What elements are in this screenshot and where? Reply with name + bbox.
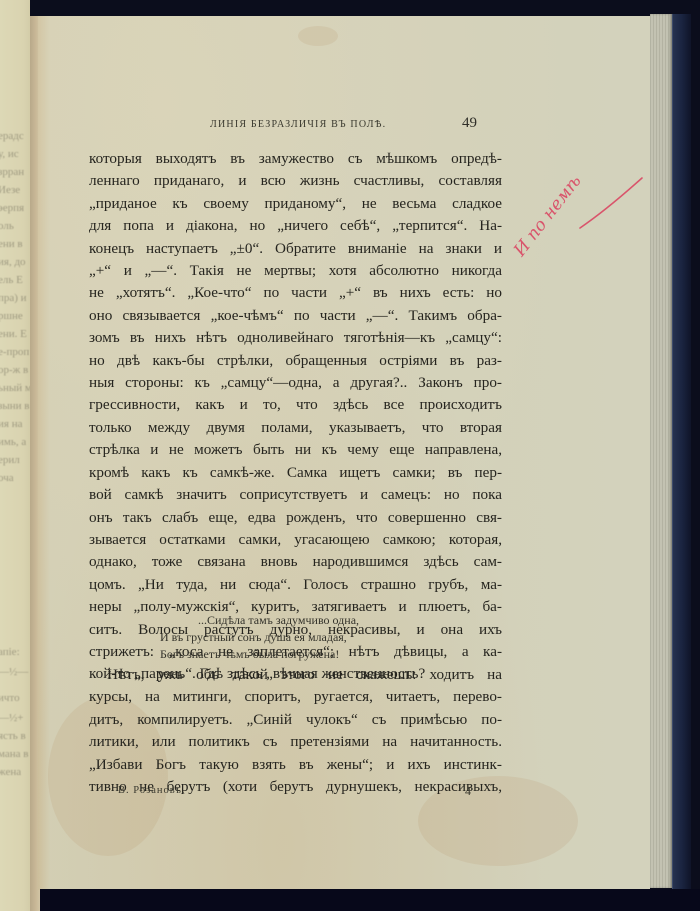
left-page-fragment: оча [0,472,14,484]
text-line: дитъ, компилируетъ. „Синій чулокъ“ съ пр… [89,709,502,731]
left-page-fragment: ршне [0,310,23,322]
left-page-fragment: —½+ [0,712,23,724]
background-bottom [40,889,700,911]
left-page-fragment: зыни в [0,400,29,412]
left-page-fragment: мана в [0,748,28,760]
left-page-fragment: ени в [0,238,23,250]
text-line: курсы, на митинги, споритъ, ругается, чи… [89,686,502,708]
left-page-fragment: ерадс [0,130,24,142]
left-page-fragment: зрран [0,166,24,178]
text-line: которыя выходятъ въ замужество съ мѣшком… [89,148,502,170]
verse-line: Богъ знаетъ чѣмъ была погружена! [160,646,359,663]
left-page-fragment: ия, до [0,256,26,268]
text-line: но двѣ какъ-бы стрѣлки, обращенныя острі… [89,350,502,372]
text-line: кромѣ какъ къ самкѣ-же. Самка ищетъ самк… [89,462,502,484]
left-page-fragment: ясть в [0,730,26,742]
left-page-fragment: Иезе [0,184,20,196]
background-top [30,0,700,16]
text-line: только между двумя полами, указываетъ, ч… [89,417,502,439]
verse-line: ...Сидѣла тамъ задумчиво одна, [160,612,359,629]
text-line: зомъ въ нихъ нѣтъ одноливейнаго тяготѣні… [89,327,502,349]
text-line: для попа и діакона, но „ничего себѣ“, „т… [89,215,502,237]
verse-line: И въ грустный сонъ душа ея младая, [160,629,359,646]
text-line: цомъ. „Ни туда, ни сюда“. Голосъ страшно… [89,574,502,596]
running-head: ЛИНІЯ БЕЗРАЗЛИЧІЯ ВЪ ПОЛѢ. [210,119,386,130]
left-page-fragment: жена [0,766,21,778]
page-block-edge [650,14,672,888]
book-cover-binding [672,14,691,894]
text-line: стрѣлка и не можетъ быть ни къ чему еще … [89,439,502,461]
text-line: однако, тоже связана вновь народившимся … [89,551,502,573]
text-line: конецъ наступаетъ „±0“. Обратите внимані… [89,238,502,260]
text-line: грессивности, какъ и то, что здѣсь все п… [89,394,502,416]
left-page-fragment: ерил [0,454,20,466]
text-line: „приданое къ своему приданому“, не весьм… [89,193,502,215]
left-page-fragment: ия на [0,418,22,430]
left-page-fragment: пра) и [0,292,27,304]
left-page-fragment: ьный м [0,382,32,394]
page-number: 49 [462,115,477,132]
text-line: Нѣтъ, ужъ объ такой этого не скажешь: хо… [89,664,502,686]
left-page-fragment: ель Е [0,274,23,286]
left-page-fragment: эерпя [0,202,24,214]
left-page-fragment: ичто [0,692,20,704]
text-line: оно связывается „кое-чѣмъ“ по части „—“.… [89,305,502,327]
text-line: вой самкѣ значитъ соприсутствуетъ и саме… [89,484,502,506]
previous-page-edge: ерадс у, ис зрран Иезе эерпя оль ени в и… [0,0,34,911]
text-line: ныя стороны: къ „самцу“—одна, а другая?.… [89,372,502,394]
text-line: не „хотятъ“. „Кое-что“ по части „+“ въ н… [89,282,502,304]
text-line: „+“ и „—“. Такія не мертвы; хотя абсолют… [89,260,502,282]
text-line: литики, или политикъ съ претензіями на н… [89,731,502,753]
footer-sheet-number: 4 [465,784,471,799]
left-page-fragment: е-проп [0,346,29,358]
footer-author-signature: В. Розановъ. [118,785,186,796]
left-page-fragment: —½— [0,666,28,678]
left-page-fragment: апіе: [0,646,20,658]
text-line: онъ такъ слабъ еще, едва рожденъ, что со… [89,507,502,529]
left-page-fragment: имь, а [0,436,26,448]
paragraph-2: Нѣтъ, ужъ объ такой этого не скажешь: хо… [89,664,502,798]
left-page-fragment: ор-ж в [0,364,28,376]
text-line: зывается остатками самки, угасающею самк… [89,529,502,551]
text-line: леннаго приданаго, и всю жизнь счастливы… [89,170,502,192]
left-page-fragment: у, ис [0,148,19,160]
left-page-fragment: ени. Е [0,328,27,340]
text-line: „Избави Богъ такую взять въ жены“; и ихъ… [89,754,502,776]
left-page-fragment: оль [0,220,14,232]
paragraph-1: которыя выходятъ въ замужество съ мѣшком… [89,148,502,686]
verse-quotation: ...Сидѣла тамъ задумчиво одна, И въ грус… [160,612,359,663]
